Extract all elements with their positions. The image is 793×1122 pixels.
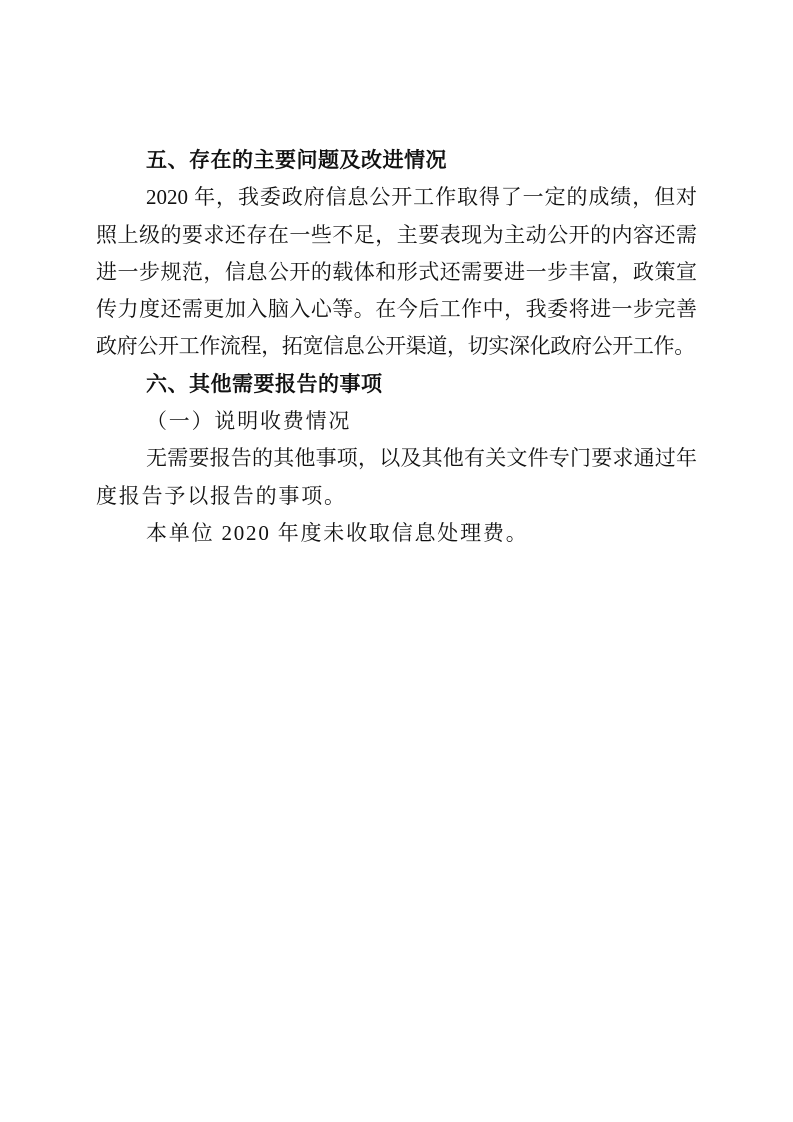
section-5-paragraph-line-2: 照上级的要求还存在一些不足，主要表现为主动公开的内容还需: [96, 217, 697, 254]
section-6-subheading: （一）说明收费情况: [96, 403, 697, 440]
document-page: 五、存在的主要问题及改进情况 2020 年，我委政府信息公开工作取得了一定的成绩…: [0, 0, 793, 1122]
section-5-heading: 五、存在的主要问题及改进情况: [96, 142, 697, 179]
section-6-paragraph-1-line-1: 无需要报告的其他事项，以及其他有关文件专门要求通过年: [96, 440, 697, 477]
section-5-paragraph-line-3: 进一步规范，信息公开的载体和形式还需要进一步丰富，政策宣: [96, 254, 697, 291]
section-5-paragraph-line-4: 传力度还需更加入脑入心等。在今后工作中，我委将进一步完善: [96, 291, 697, 328]
section-5-paragraph-line-1: 2020 年，我委政府信息公开工作取得了一定的成绩，但对: [96, 179, 697, 216]
document-content: 五、存在的主要问题及改进情况 2020 年，我委政府信息公开工作取得了一定的成绩…: [96, 142, 697, 552]
section-6-paragraph-2: 本单位 2020 年度未收取信息处理费。: [96, 515, 697, 552]
section-5-paragraph-line-5: 政府公开工作流程，拓宽信息公开渠道，切实深化政府公开工作。: [96, 328, 697, 365]
section-6-heading: 六、其他需要报告的事项: [96, 366, 697, 403]
section-6-paragraph-1-line-2: 度报告予以报告的事项。: [96, 478, 697, 515]
